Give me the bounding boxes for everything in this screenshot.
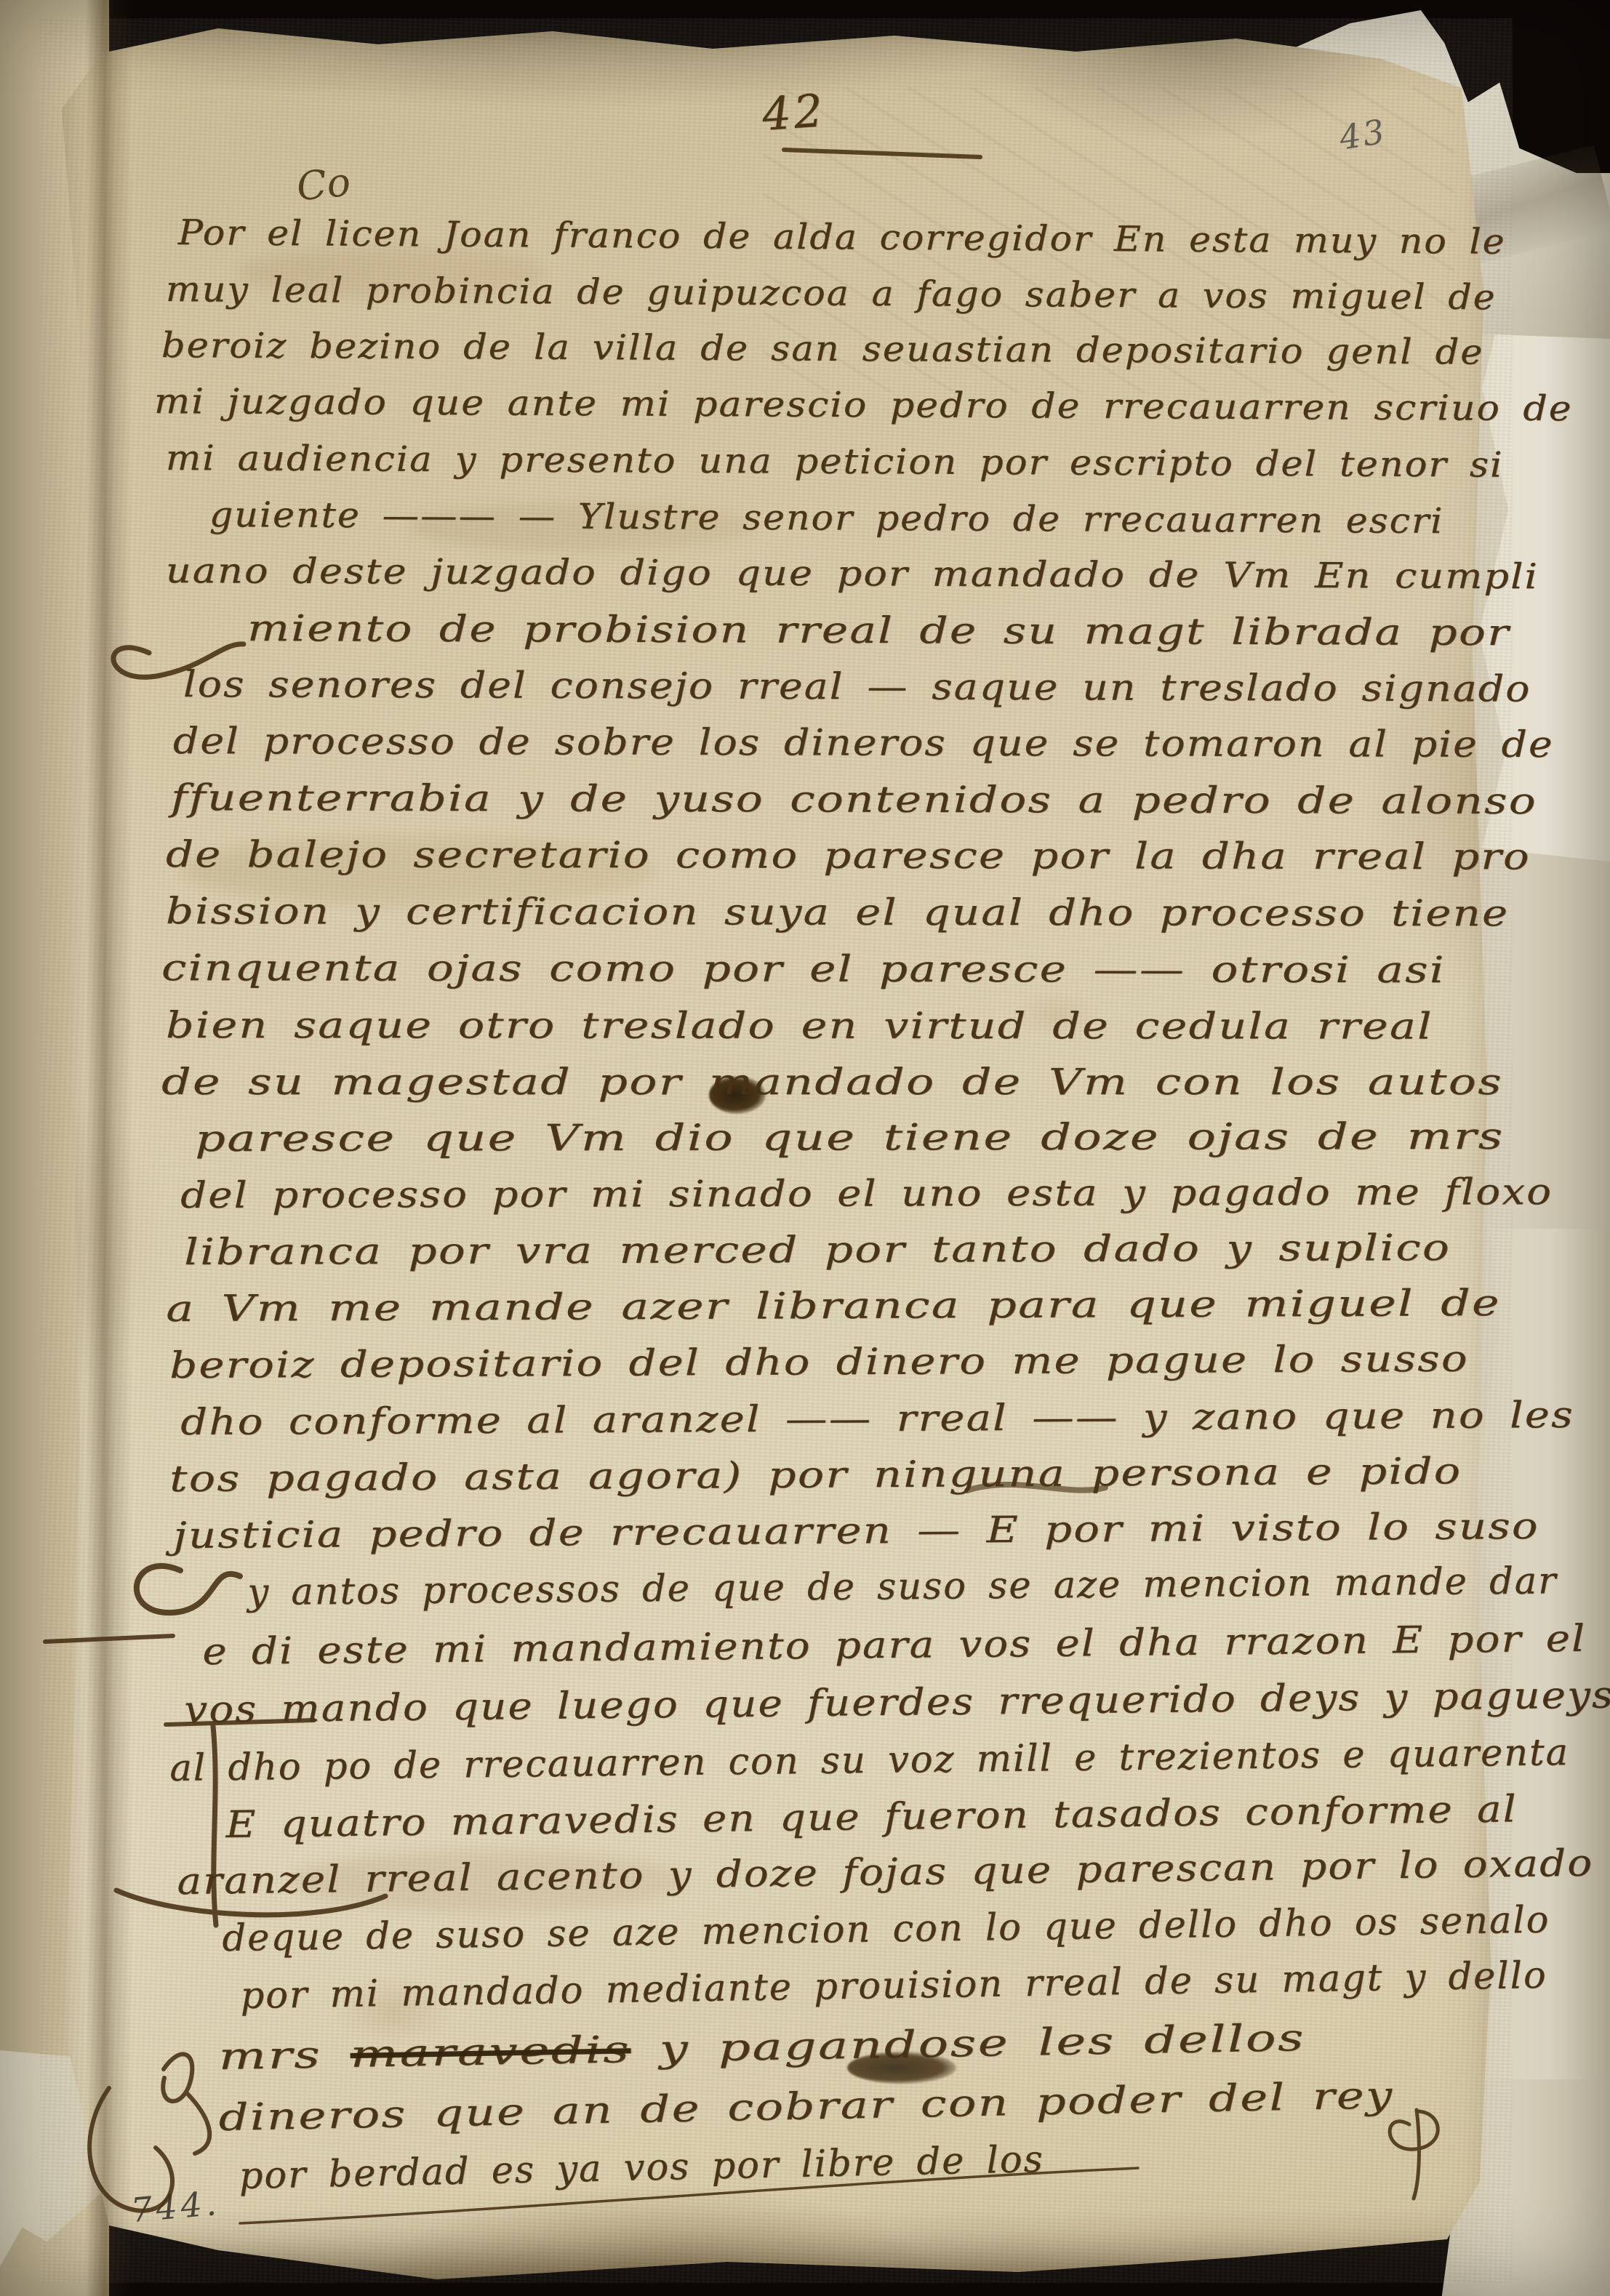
- manuscript-line: deque de suso se aze mencion con lo que …: [222, 1899, 1550, 1960]
- manuscript-line: dho conforme al aranzel —— rreal —— y za…: [180, 1394, 1574, 1443]
- manuscript-line: vos mando que luego que fuerdes rrequeri…: [184, 1674, 1610, 1732]
- manuscript-line: mi juzgado que ante mi parescio pedro de…: [154, 381, 1573, 429]
- manuscript-line: libranca por vra merced por tanto dado y…: [184, 1227, 1451, 1273]
- manuscript-line: de su magestad por mandado de Vm con los…: [161, 1061, 1503, 1103]
- manuscript-line: a Vm me mande azer libranca para que mig…: [166, 1282, 1501, 1330]
- manuscript-line: Por el licen Joan franco de alda corregi…: [178, 212, 1506, 262]
- manuscript-line: mrs maravedis y pagandose les dellos: [218, 2017, 1305, 2079]
- manuscript-line: paresce que Vm dio que tiene doze ojas d…: [195, 1115, 1505, 1160]
- manuscript-line: bission y certificacion suya el qual dho…: [166, 890, 1509, 934]
- line-post: y pagandose les dellos: [630, 2017, 1306, 2071]
- manuscript-line: E quatro maravedis en que fueron tasados…: [225, 1788, 1518, 1847]
- manuscript-line: cinquenta ojas como por el paresce —— ot…: [161, 947, 1446, 991]
- struck-word: maravedis: [350, 2028, 631, 2076]
- manuscript-line: e di este mi mandamiento para vos el dha…: [202, 1618, 1586, 1674]
- manuscript-line: beroiz depositario del dho dinero me pag…: [169, 1338, 1469, 1386]
- manuscript-line: por berdad es ya vos por libre de los: [239, 2138, 1044, 2198]
- manuscript-line: muy leal probincia de guipuzcoa a fago s…: [166, 269, 1497, 318]
- manuscript-line: tos pagado asta agora) por ninguna perso…: [169, 1450, 1462, 1500]
- manuscript-line: de balejo secretario como paresce por la…: [166, 833, 1531, 878]
- manuscript-text-block: Por el licen Joan franco de alda corregi…: [0, 0, 1610, 2296]
- manuscript-line: del processo de sobre los dineros que se…: [173, 720, 1554, 766]
- manuscript-line: al dho po de rrecauarren con su voz mill…: [169, 1731, 1569, 1790]
- manuscript-line: mi audiencia y presento una peticion por…: [166, 438, 1504, 486]
- manuscript-line: beroiz bezino de la villa de san seuasti…: [161, 325, 1484, 373]
- manuscript-line: por mi mandado mediante prouision rreal …: [240, 1954, 1547, 2018]
- manuscript-line: los senores del consejo rreal — saque un…: [183, 663, 1531, 710]
- manuscript-line: aranzel rreal acento y doze fojas que pa…: [177, 1842, 1593, 1903]
- manuscript-line: y antos processos de que de suso se aze …: [247, 1560, 1558, 1614]
- manuscript-line: justicia pedro de rrecauarren — E por mi…: [173, 1505, 1539, 1557]
- manuscript-line: bien saque otro treslado en virtud de ce…: [166, 1004, 1433, 1048]
- manuscript-line: del processo por mi sinado el uno esta y…: [180, 1171, 1553, 1216]
- manuscript-line: miento de probision rreal de su magt lib…: [247, 607, 1510, 654]
- manuscript-line: uano deste juzgado digo que por mandado …: [166, 550, 1539, 597]
- manuscript-line: guiente ——— — Ylustre senor pedro de rre…: [209, 494, 1444, 542]
- manuscript-line: ffuenterrabia y de yuso contenidos a ped…: [171, 776, 1537, 822]
- manuscript-line: dineros que an de cobrar con poder del r…: [218, 2074, 1394, 2140]
- line-pre: mrs: [218, 2034, 351, 2079]
